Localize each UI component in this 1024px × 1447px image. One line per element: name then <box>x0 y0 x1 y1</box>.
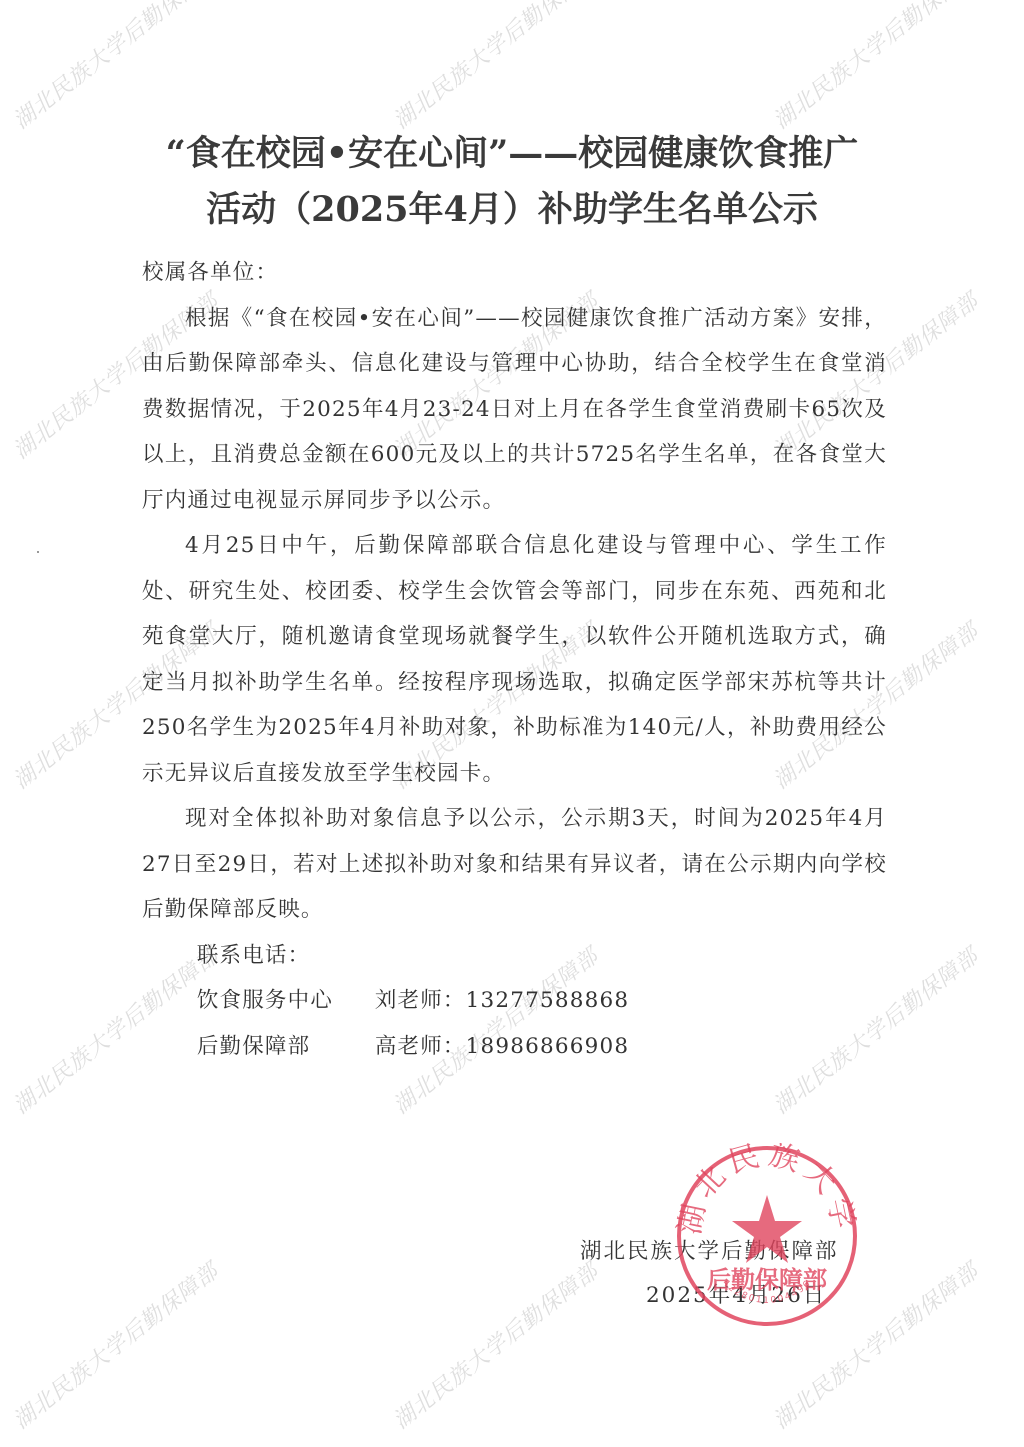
title-line-1: “食在校园•安在心间”——校园健康饮食推广 <box>0 126 1024 182</box>
watermark-text: 湖北民族大学后勤保障部 <box>766 0 984 135</box>
watermark-text: 湖北民族大学后勤保障部 <box>6 0 224 135</box>
signature-block: 湖北民族大学后勤保障部 2025年4月26日 <box>580 1230 839 1318</box>
scan-artifact <box>37 551 39 553</box>
contact-label: 联系电话： <box>197 933 887 979</box>
signature-date: 2025年4月26日 <box>580 1274 839 1318</box>
signature-org: 湖北民族大学后勤保障部 <box>580 1230 839 1274</box>
contact-person-phone: 刘老师：13277588868 <box>375 978 629 1024</box>
title-line-2: 活动（2025年4月）补助学生名单公示 <box>0 182 1024 238</box>
document-body: 校属各单位： 根据《“食在校园•安在心间”——校园健康饮食推广活动方案》安排，由… <box>142 250 887 1069</box>
paragraph-1: 根据《“食在校园•安在心间”——校园健康饮食推广活动方案》安排，由后勤保障部牵头… <box>142 296 887 524</box>
watermark-text: 湖北民族大学后勤保障部 <box>386 0 604 135</box>
svg-text:湖北民族大学: 湖北民族大学 <box>674 1143 860 1237</box>
contact-block: 联系电话： 饮食服务中心 刘老师：13277588868 后勤保障部 高老师：1… <box>142 933 887 1070</box>
watermark-text: 湖北民族大学后勤保障部 <box>386 1255 604 1435</box>
contact-entry: 饮食服务中心 刘老师：13277588868 <box>197 978 887 1024</box>
salutation: 校属各单位： <box>142 250 887 296</box>
contact-dept: 饮食服务中心 <box>197 978 375 1024</box>
contact-dept: 后勤保障部 <box>197 1024 375 1070</box>
paragraph-3: 现对全体拟补助对象信息予以公示，公示期3天，时间为2025年4月27日至29日，… <box>142 796 887 933</box>
contact-person-phone: 高老师：18986866908 <box>375 1024 629 1070</box>
contact-entry: 后勤保障部 高老师：18986866908 <box>197 1024 887 1070</box>
watermark-text: 湖北民族大学后勤保障部 <box>6 1255 224 1435</box>
paragraph-2: 4月25日中午，后勤保障部联合信息化建设与管理中心、学生工作处、研究生处、校团委… <box>142 523 887 796</box>
document-title: “食在校园•安在心间”——校园健康饮食推广 活动（2025年4月）补助学生名单公… <box>0 126 1024 238</box>
